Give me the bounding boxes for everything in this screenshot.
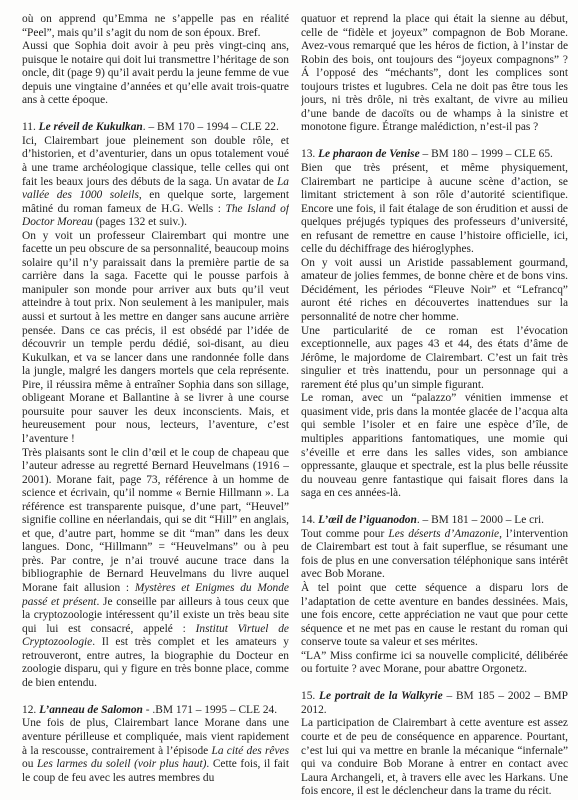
- text-run: “LA” Miss confirme ici sa nouvelle compl…: [301, 650, 568, 676]
- body-paragraph: Une particularité de ce roman est l’évoc…: [301, 325, 568, 393]
- section-heading: 11. Le réveil de Kukulkan. – BM 170 – 19…: [22, 121, 289, 135]
- text-run: . – BM 181 – 2000 – Le cri.: [417, 514, 544, 526]
- section-heading: 12. L’anneau de Salomon - .BM 171 – 1995…: [22, 704, 289, 718]
- body-paragraph: où on apprend qu’Emma ne s’appelle pas e…: [22, 13, 289, 40]
- section-heading: 14. L’œil de l’iguanodon. – BM 181 – 200…: [301, 514, 568, 528]
- text-column-left: où on apprend qu’Emma ne s’appelle pas e…: [22, 13, 289, 800]
- text-run: Tout comme pour: [301, 528, 388, 540]
- italic-text-run: La cité des rêves: [211, 745, 289, 757]
- text-run: où on apprend qu’Emma ne s’appelle pas e…: [22, 13, 289, 39]
- entry-title: L’œil de l’iguanodon: [318, 514, 417, 526]
- text-run: 12.: [22, 704, 39, 716]
- section-heading: 13. Le pharaon de Venise – BM 180 – 1999…: [301, 148, 568, 162]
- body-paragraph: Bien que très présent, et même physiquem…: [301, 162, 568, 257]
- text-run: Le roman, avec un “palazzo” vénitien imm…: [301, 392, 568, 499]
- body-paragraph: On y voit aussi un Aristide passablement…: [301, 257, 568, 325]
- body-paragraph: Très plaisants sont le clin d’œil et le …: [22, 447, 289, 691]
- text-run: Ici, Clairembart joue pleinement son dou…: [22, 135, 289, 188]
- body-paragraph: Ici, Clairembart joue pleinement son dou…: [22, 135, 289, 230]
- text-run: 11.: [22, 121, 39, 133]
- text-run: Très plaisants sont le clin d’œil et le …: [22, 447, 289, 594]
- text-run: 14.: [301, 514, 318, 526]
- text-run: On y voit aussi un Aristide passablement…: [301, 257, 568, 323]
- text-run: Une particularité de ce roman est l’évoc…: [301, 325, 568, 391]
- text-run: 15.: [301, 690, 319, 702]
- entry-title: Le portrait de la Walkyrie: [319, 690, 443, 702]
- body-paragraph: Aussi que Sophia doit avoir à peu près v…: [22, 40, 289, 108]
- body-paragraph: On y voit un professeur Clairembart qui …: [22, 230, 289, 447]
- body-paragraph: quatuor et reprend la place qui était la…: [301, 13, 568, 135]
- entry-title: L’anneau de Salomon: [39, 704, 143, 716]
- body-paragraph: “LA” Miss confirme ici sa nouvelle compl…: [301, 650, 568, 677]
- entry-title: Le pharaon de Venise: [318, 148, 420, 160]
- text-column-right: quatuor et reprend la place qui était la…: [301, 13, 568, 800]
- text-run: - .BM 171 – 1995 – CLE 24.: [143, 704, 277, 716]
- entry-title: Le réveil de Kukulkan: [39, 121, 143, 133]
- body-paragraph: Le roman, avec un “palazzo” vénitien imm…: [301, 392, 568, 500]
- text-run: (pages 132 et suiv.).: [93, 216, 187, 228]
- body-paragraph: Tout comme pour Les déserts d’Amazonie, …: [301, 528, 568, 582]
- body-paragraph: La participation de Clairembart à cette …: [301, 717, 568, 798]
- body-paragraph: Une fois de plus, Clairembart lance Mora…: [22, 717, 289, 785]
- italic-text-run: Les déserts d’Amazonie: [388, 528, 499, 540]
- text-run: ou: [22, 758, 37, 770]
- section-heading: 15. Le portrait de la Walkyrie – BM 185 …: [301, 690, 568, 717]
- text-run: Bien que très présent, et même physiquem…: [301, 162, 568, 255]
- text-run: quatuor et reprend la place qui était la…: [301, 13, 568, 133]
- text-run: Aussi que Sophia doit avoir à peu près v…: [22, 40, 289, 106]
- text-run: On y voit un professeur Clairembart qui …: [22, 230, 289, 445]
- body-paragraph: À tel point que cette séquence a disparu…: [301, 582, 568, 650]
- document-page: où on apprend qu’Emma ne s’appelle pas e…: [0, 0, 578, 800]
- italic-text-run: Les larmes du soleil (voir plus haut): [37, 758, 206, 770]
- text-run: . – BM 170 – 1994 – CLE 22.: [143, 121, 279, 133]
- text-run: La participation de Clairembart à cette …: [301, 717, 568, 797]
- text-run: À tel point que cette séquence a disparu…: [301, 582, 568, 648]
- text-run: 13.: [301, 148, 318, 160]
- text-run: – BM 180 – 1999 – CLE 65.: [420, 148, 553, 160]
